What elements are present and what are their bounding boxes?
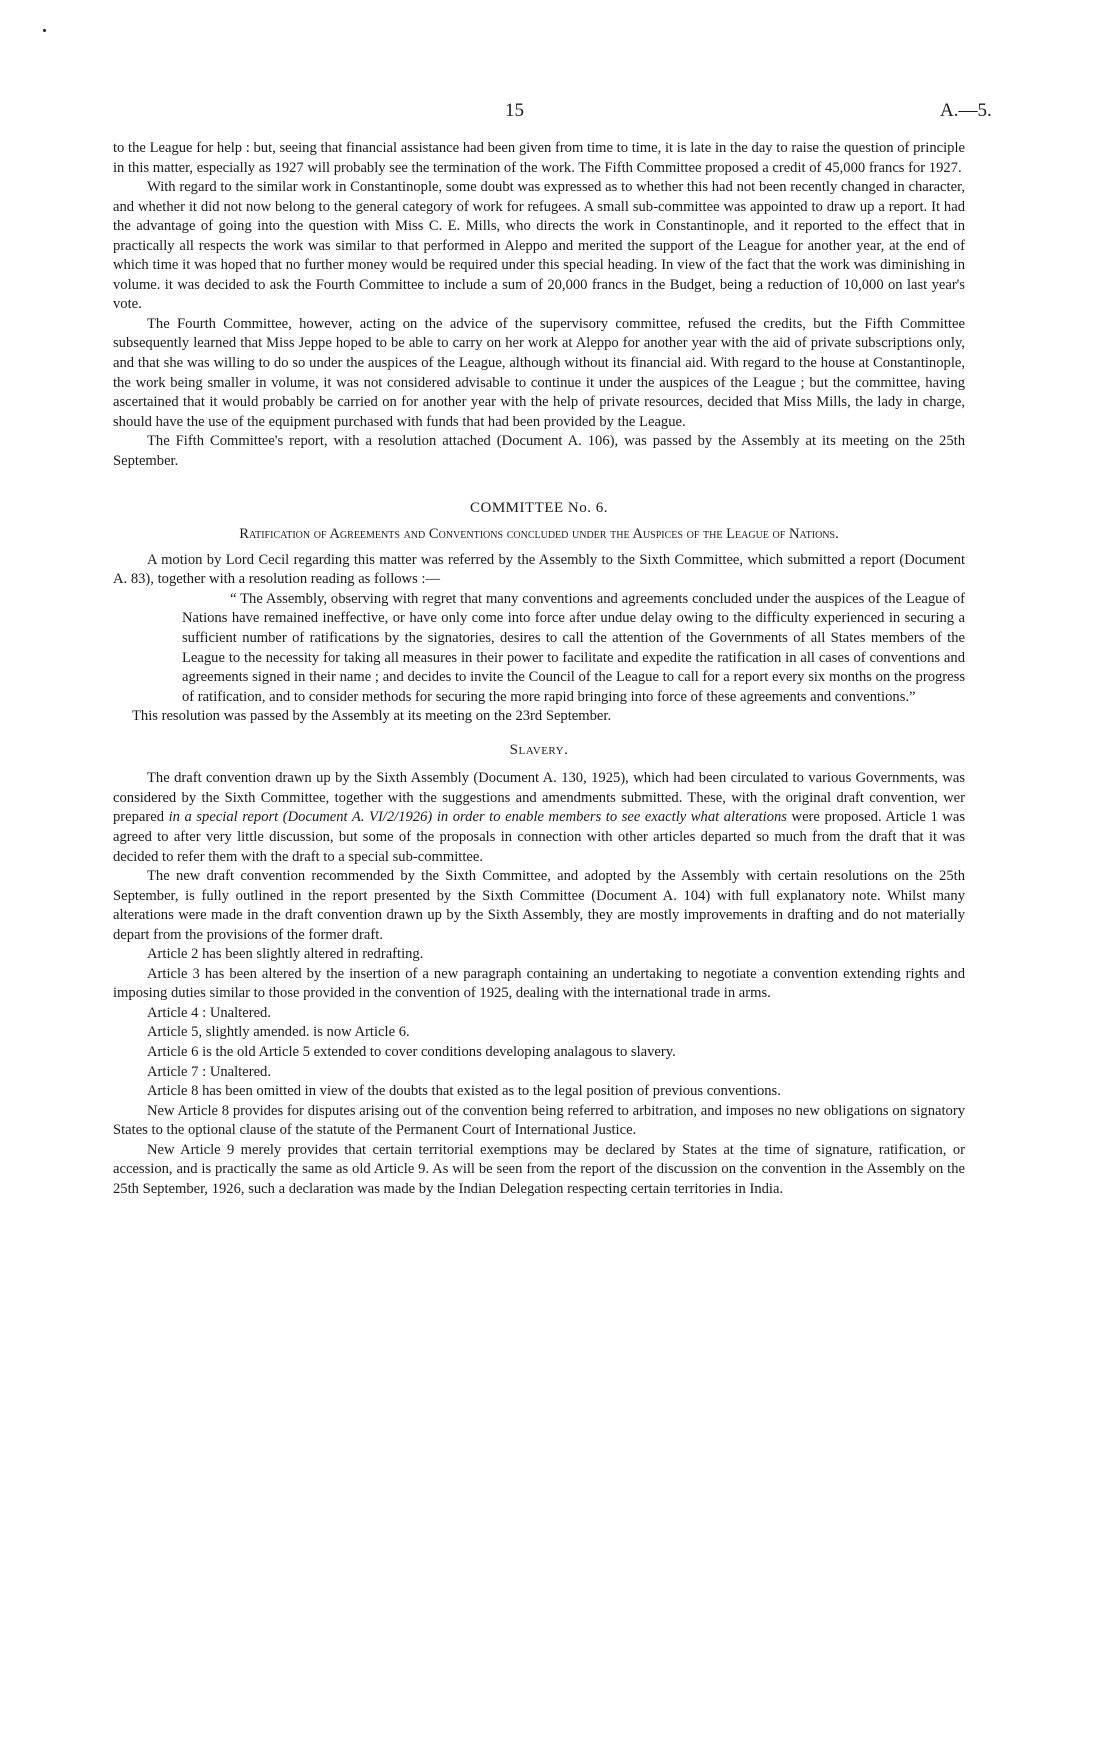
section-subtitle: Ratification of Agreements and Conventio… [113, 525, 965, 544]
paragraph: With regard to the similar work in Const… [113, 178, 965, 315]
page-header: 15 A.—5. [0, 100, 1114, 126]
paragraph: Article 3 has been altered by the insert… [113, 965, 965, 1004]
document-code: A.—5. [940, 100, 992, 122]
page-number: 15 [505, 100, 524, 122]
paragraph: This resolution was passed by the Assemb… [113, 707, 965, 727]
section-heading-slavery: Slavery. [113, 741, 965, 761]
paragraph: New Article 8 provides for disputes aris… [113, 1102, 965, 1141]
paragraph: The new draft convention recommended by … [113, 867, 965, 945]
paragraph: Article 8 has been omitted in view of th… [113, 1082, 965, 1102]
document-body: to the League for help : but, seeing tha… [113, 139, 965, 1199]
italic-text: in a special report (Document A. VI/2/19… [169, 809, 787, 825]
scan-artifact-dot [43, 29, 46, 32]
paragraph: A motion by Lord Cecil regarding this ma… [113, 551, 965, 590]
paragraph: New Article 9 merely provides that certa… [113, 1141, 965, 1200]
paragraph: Article 2 has been slightly altered in r… [113, 945, 965, 965]
quoted-resolution: “ The Assembly, observing with regret th… [182, 590, 965, 707]
paragraph: The Fifth Committee's report, with a res… [113, 432, 965, 471]
paragraph: to the League for help : but, seeing tha… [113, 139, 965, 178]
section-heading-committee-6: COMMITTEE No. 6. [113, 499, 965, 519]
paragraph: Article 6 is the old Article 5 extended … [113, 1043, 965, 1063]
paragraph: The Fourth Committee, however, acting on… [113, 315, 965, 432]
paragraph: Article 5, slightly amended. is now Arti… [113, 1023, 965, 1043]
paragraph: Article 7 : Unaltered. [113, 1063, 965, 1083]
paragraph: The draft convention drawn up by the Six… [113, 769, 965, 867]
paragraph: Article 4 : Unaltered. [113, 1004, 965, 1024]
